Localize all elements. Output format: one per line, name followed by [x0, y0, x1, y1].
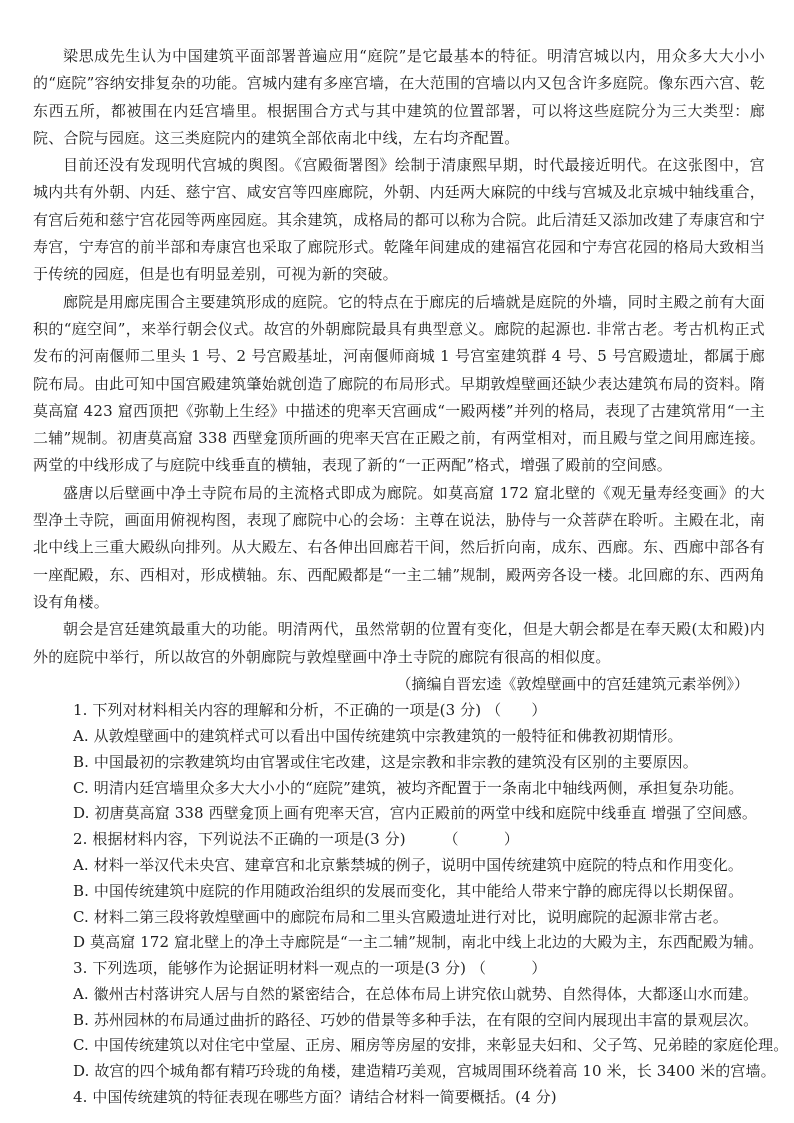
paragraph-2: 目前还没有发现明代宫城的舆图。《宫殿衙署图》绘制于清康熙早期，时代最接近明代。在… [33, 152, 765, 288]
question-1-option-d: D. 初唐莫高窟 338 西壁龛顶上画有兜率天宫，宫内正殿前的两堂中线和庭院中线… [33, 801, 765, 827]
question-3-stem: 3. 下列选项，能够作为论据证明材料一观点的一项是(3 分) （ ） [33, 956, 765, 982]
question-1-option-a: A. 从敦煌壁画中的建筑样式可以看出中国传统建筑中宗教建筑的一般特征和佛教初期情… [33, 724, 765, 750]
paragraph-1: 梁思成先生认为中国建筑平面部署普遍应用“庭院”是它最基本的特征。明清宫城以内，用… [33, 43, 765, 152]
question-2-option-b: B. 中国传统建筑中庭院的作用随政治组织的发展而变化，其中能给人带来宁静的廊庑得… [33, 879, 765, 905]
paragraph-4: 盛唐以后壁画中净土寺院布局的主流格式即成为廊院。如莫高窟 172 窟北壁的《观无… [33, 480, 765, 616]
question-4-stem: 4. 中国传统建筑的特征表现在哪些方面？请结合材料一简要概括。(4 分) [33, 1085, 765, 1111]
question-2-stem: 2. 根据材料内容，下列说法不正确的一项是(3 分) （ ） [33, 827, 765, 853]
paragraph-3: 廊院是用廊庑围合主要建筑形成的庭院。它的特点在于廊庑的后墙就是庭院的外墙，同时主… [33, 289, 765, 480]
question-2-option-d: D 莫高窟 172 窟北壁上的净土寺廊院是“一主二辅”规制，南北中线上北边的大殿… [33, 930, 765, 956]
question-1-option-c: C. 明清内廷宫墙里众多大大小小的“庭院”建筑，被均齐配置于一条南北中轴线两侧，… [33, 776, 765, 802]
question-2-option-c: C. 材料二第三段将敦煌壁画中的廊院布局和二里头宫殿遗址进行对比，说明廊院的起源… [33, 905, 765, 931]
question-3-option-c: C. 中国传统建筑以对住宅中堂屋、正房、厢房等房屋的安排，来彰显夫妇和、父子笃、… [33, 1033, 765, 1059]
reading-passage: 梁思成先生认为中国建筑平面部署普遍应用“庭院”是它最基本的特征。明清宫城以内，用… [33, 43, 765, 671]
question-1-stem: 1. 下列对材料相关内容的理解和分析，不正确的一项是(3 分) （ ） [33, 698, 765, 724]
paragraph-5: 朝会是宫廷建筑最重大的功能。明清两代，虽然常朝的位置有变化，但是大朝会都是在奉天… [33, 616, 765, 671]
question-2-option-a: A. 材料一举汉代未央宫、建章宫和北京紫禁城的例子，说明中国传统建筑中庭院的特点… [33, 853, 765, 879]
questions-section: 1. 下列对材料相关内容的理解和分析，不正确的一项是(3 分) （ ） A. 从… [33, 698, 765, 1111]
question-3-option-a: A. 徽州古村落讲究人居与自然的紧密结合，在总体布局上讲究依山就势、自然得体，大… [33, 982, 765, 1008]
question-1-option-b: B. 中国最初的宗教建筑均由官署或住宅改建，这是宗教和非宗教的建筑没有区别的主要… [33, 750, 765, 776]
source-attribution: （摘编自晋宏逵《敦煌壁画中的宫廷建筑元素举例》） [33, 671, 765, 698]
document-page: 梁思成先生认为中国建筑平面部署普遍应用“庭院”是它最基本的特征。明清宫城以内，用… [0, 0, 794, 1123]
question-3-option-b: B. 苏州园林的布局通过曲折的路径、巧妙的借景等多种手法，在有限的空间内展现出丰… [33, 1008, 765, 1034]
question-3-option-d: D. 故宫的四个城角都有精巧玲珑的角楼，建造精巧美观，宫城周围环绕着高 10 米… [33, 1059, 765, 1085]
